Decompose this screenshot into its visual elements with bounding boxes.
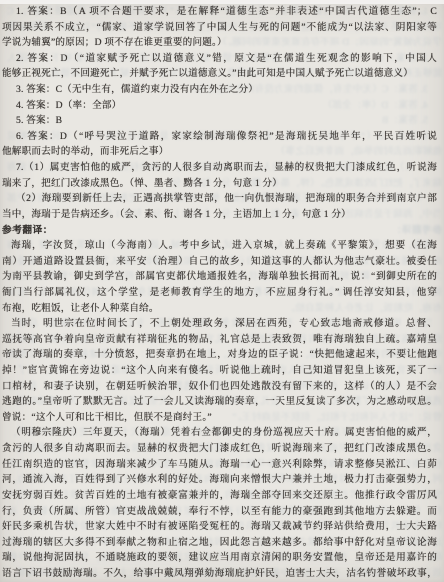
- text-line: 7.（1）属吏害怕他的威严，贪污的人很多自动离职而去，显赫的权贵把大门漆成红色，…: [2, 160, 437, 176]
- text-line: 衙门当行部属礼仪，这个学堂，是老师教育学生的地方，不应屈身行礼。” 调任淳安知县…: [2, 285, 437, 301]
- text-line: 6. 答案：D（“呼号哭泣于道路，家家绘制海瑞像祭祀”是海瑞抚吴地半年，平民百姓…: [2, 129, 437, 145]
- text-line: 贪污的人很多自动离职而去。显赫的权贵把大门漆成红色，听说海瑞来了，把红门改漆成黑…: [2, 441, 437, 457]
- answer-1: 1. 答案：B（A 项不合题干要求，是在解释“道德生态”并非表述“中国古代道德生…: [2, 4, 437, 51]
- text-line: 学说为辅翼”的原因；D 项不存在谁更重要的问题。）: [2, 35, 437, 51]
- text-line: 南）开通道路设置县衙，来平安（治理）自己的故乡，知道这事的人都认为他志气豪壮。被…: [2, 254, 437, 270]
- text-line: 当中，海瑞于是告病还乡。（会、素、衔、谢各 1 分，主语加上 1 分，句意 1 …: [2, 207, 437, 223]
- document-content: 1. 答案：B（A 项不合题干要求，是在解释“道德生态”并非表述“中国古代道德生…: [0, 0, 444, 582]
- text-line: 海瑞，字汝贤，琼山（今海南）人。考中乡试，进入京城，就上奏疏《平黎策》，想要（在…: [2, 238, 437, 254]
- scanned-answer-key-page: 1. 答案：B（A 项不合题干要求，是在解释“道德生态”并非表述“中国古代道德生…: [0, 0, 444, 582]
- text-line: 帝读了海瑞的奏章，十分愤怒，把奏章扔在地上，对身边的臣子说：“快把他逮起来，不要…: [2, 347, 437, 363]
- translation-para-1: 海瑞，字汝贤，琼山（今海南）人。考中乡试，进入京城，就上奏疏《平黎策》，想要（在…: [2, 238, 437, 316]
- text-line: （2）海瑞要到新任上去，正遇高拱掌管吏部，他一向仇恨海瑞，把海瑞的职务合并到南京…: [2, 191, 437, 207]
- text-line: 奸民多乘机告状，世家大姓中不时有被诬陷受冤枉的。海瑞又裁减节约驿站供给费用，士大…: [2, 519, 437, 535]
- translation-para-3: （明穆宗隆庆）三年夏天，（海瑞）凭着右佥都御史的身份巡视应天十府。属吏害怕他的威…: [2, 425, 437, 581]
- answer-7-1: 7.（1）属吏害怕他的威严，贪污的人很多自动离职而去，显赫的权贵把大门漆成红色，…: [2, 160, 437, 191]
- text-line: 过海瑞的辖区大多得不到奉献之物和止宿之地，因此怨言越来越多。都给事中舒化对皇帝议…: [2, 535, 437, 551]
- text-line: 任江南织造的宦官，因海瑞来减少了车马随从。海瑞一心一意兴利除弊，请求整修吴淞江、…: [2, 457, 437, 473]
- text-line: 安抚穷弱百姓。贫苦百姓的土地有被豪富兼并的，海瑞全部夺回来交还原主。他推行政令雷…: [2, 488, 437, 504]
- text-line: 1. 答案：B（A 项不合题干要求，是在解释“道德生态”并非表述“中国古代道德生…: [2, 4, 437, 20]
- text-line: 能够正视死亡，不回避死亡，并赋予死亡以道德意义。”由此可知是中国人赋予死亡以道德…: [2, 66, 437, 82]
- text-line: 瑞来了，把红门改漆成黑色。（惮、墨者、黝各 1 分，句意 1 分）: [2, 176, 437, 192]
- text-line: 布袍，吃粗饭，让老仆人种菜自给。: [2, 301, 437, 317]
- text-line: 为南平县教谕，御史到学宫，部属官吏都伏地通报姓名，海瑞单独长揖而礼，说：“到御史…: [2, 269, 437, 285]
- text-line: 5. 答案：B: [2, 113, 437, 129]
- answer-7-2: （2）海瑞要到新任上去，正遇高拱掌管吏部，他一向仇恨海瑞，把海瑞的职务合并到南京…: [2, 191, 437, 222]
- text-line: 3. 答案：C（无中生有，儒道约束力没有内在外在之分）: [2, 82, 437, 98]
- text-line: 逃跑的。”皇帝听了默默无言。过了一会儿又读海瑞的奏章，一天里反复读了多次，为之感…: [2, 394, 437, 410]
- answer-2: 2. 答案：D（“道家赋予死亡以道德意义”错，原文是“在儒道生死观念的影响下，中…: [2, 51, 437, 82]
- answer-5: 5. 答案：B: [2, 113, 437, 129]
- translation-para-2: 当时，明世宗在位时间长了，不上朝处理政务，深居在西苑，专心致志地斋戒修道。总督、…: [2, 316, 437, 425]
- answer-4: 4. 答案：D（率：全部）: [2, 98, 437, 114]
- answer-6: 6. 答案：D（“呼号哭泣于道路，家家绘制海瑞像祭祀”是海瑞抚吴地半年，平民百姓…: [2, 129, 437, 160]
- text-line: 瑞，说他拘泥固执，不通晓施政的要领，建议应当用南京清闲的职务安置他，皇帝还是用嘉…: [2, 550, 437, 566]
- text-line: 掉！”宦官黄锦在旁边说：“这个人向来有傻名。听说他上疏时，自己知道冒犯皇上该死，…: [2, 363, 437, 379]
- text-line: 巡抚等高官争着向皇帝贡献有祥瑞征兆的物品，礼官总是上表致贺，唯有海瑞独自上疏。嘉…: [2, 332, 437, 348]
- text-line: 河，通流入海，百姓得到了兴修水利的好处。海瑞向来憎恨大户兼并土地，极力打击豪强势…: [2, 472, 437, 488]
- text-line: 当时，明世宗在位时间长了，不上朝处理政务，深居在西苑，专心致志地斋戒修道。总督、: [2, 316, 437, 332]
- text-line: 项因果关系不成立，“儒家、道家学说回答了中国人生与死的问题”不能成为“以法家、阴…: [2, 20, 437, 36]
- text-line: 4. 答案：D（率：全部）: [2, 98, 437, 114]
- text-line: （明穆宗隆庆）三年夏天，（海瑞）凭着右佥都御史的身份巡视应天十府。属吏害怕他的威…: [2, 425, 437, 441]
- text-line: 曾说：“这个人可和比干相比，但朕不是商纣王。”: [2, 410, 437, 426]
- translation-heading: 参考翻译：: [2, 223, 437, 239]
- text-line: 行，负责（所属、所管）官吏战战兢兢，奉行不悖，以至有能力的豪强跑到其他地方去躲避…: [2, 504, 437, 520]
- text-line: 2. 答案：D（“道家赋予死亡以道德意义”错，原文是“在儒道生死观念的影响下，中…: [2, 51, 437, 67]
- text-line: 口棺材，和妻子诀别，在朝廷听候治罪，奴仆们也四处逃散没有留下来的，这样（的人）是…: [2, 379, 437, 395]
- text-line: 参考翻译：: [2, 223, 437, 239]
- text-line: 他解职而去时的举动，而非死后之事）: [2, 144, 437, 160]
- text-line: 语言下诏书鼓励海瑞。不久，给事中戴凤翔弹劾海瑞庇护奸民，迫害士大夫，沽名钓誉破坏…: [2, 566, 437, 582]
- answer-3: 3. 答案：C（无中生有，儒道约束力没有内在外在之分）: [2, 82, 437, 98]
